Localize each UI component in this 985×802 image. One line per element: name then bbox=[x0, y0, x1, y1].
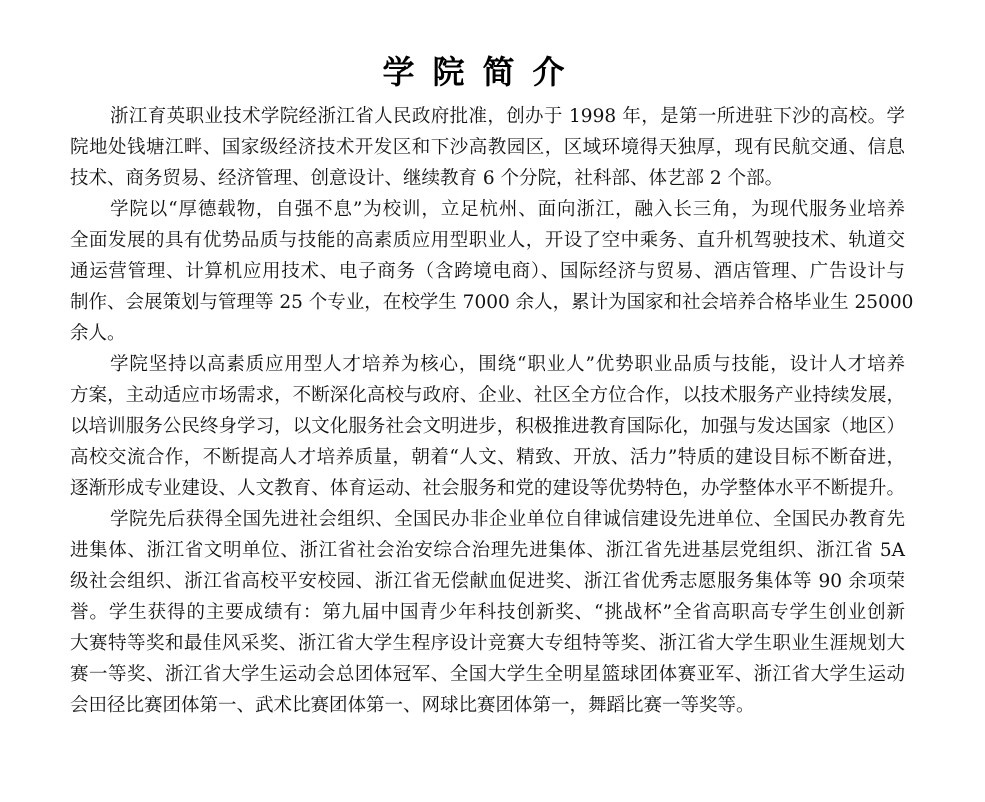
text-line: 学院先后获得全国先进社会组织、全国民办非企业单位自律诚信建设先进单位、全国民办教… bbox=[70, 504, 905, 535]
text-line: 方案，主动适应市场需求，不断深化高校与政府、企业、社区全方位合作，以技术服务产业… bbox=[70, 380, 905, 411]
text-line: 院地处钱塘江畔、国家级经济技术开发区和下沙高教园区，区域环境得天独厚，现有民航交… bbox=[70, 132, 905, 163]
text-line: 大赛特等奖和最佳风采奖、浙江省大学生程序设计竞赛大专组特等奖、浙江省大学生职业生… bbox=[70, 628, 905, 659]
text-line: 会田径比赛团体第一、武术比赛团体第一、网球比赛团体第一，舞蹈比赛一等奖等。 bbox=[70, 690, 905, 721]
text-line: 浙江育英职业技术学院经浙江省人民政府批准，创办于 1998 年，是第一所进驻下沙… bbox=[70, 101, 905, 132]
text-line: 学院坚持以高素质应用型人才培养为核心，围绕“职业人”优势职业品质与技能，设计人才… bbox=[70, 349, 905, 380]
text-line: 高校交流合作，不断提高人才培养质量，朝着“人文、精致、开放、活力”特质的建设目标… bbox=[70, 442, 905, 473]
paragraph-3: 学院坚持以高素质应用型人才培养为核心，围绕“职业人”优势职业品质与技能，设计人才… bbox=[70, 349, 905, 504]
paragraph-1: 浙江育英职业技术学院经浙江省人民政府批准，创办于 1998 年，是第一所进驻下沙… bbox=[70, 101, 905, 194]
page-title: 学院简介 bbox=[0, 50, 965, 94]
text-line: 制作、会展策划与管理等 25 个专业，在校学生 7000 余人，累计为国家和社会… bbox=[70, 287, 905, 318]
text-line: 以培训服务公民终身学习，以文化服务社会文明进步，积极推进教育国际化，加强与发达国… bbox=[70, 411, 905, 442]
text-line: 技术、商务贸易、经济管理、创意设计、继续教育 6 个分院，社科部、体艺部 2 个… bbox=[70, 163, 905, 194]
text-line: 进集体、浙江省文明单位、浙江省社会治安综合治理先进集体、浙江省先进基层党组织、浙… bbox=[70, 535, 905, 566]
text-line: 逐渐形成专业建设、人文教育、体育运动、社会服务和党的建设等优势特色，办学整体水平… bbox=[70, 473, 905, 504]
document-body: 浙江育英职业技术学院经浙江省人民政府批准，创办于 1998 年，是第一所进驻下沙… bbox=[70, 101, 905, 721]
text-line: 级社会组织、浙江省高校平安校园、浙江省无偿献血促进奖、浙江省优秀志愿服务集体等 … bbox=[70, 566, 905, 597]
text-line: 学院以“厚德载物，自强不息”为校训，立足杭州、面向浙江，融入长三角，为现代服务业… bbox=[70, 194, 905, 225]
paragraph-2: 学院以“厚德载物，自强不息”为校训，立足杭州、面向浙江，融入长三角，为现代服务业… bbox=[70, 194, 905, 349]
text-line: 誉。学生获得的主要成绩有：第九届中国青少年科技创新奖、“挑战杯”全省高职高专学生… bbox=[70, 597, 905, 628]
text-line: 余人。 bbox=[70, 318, 905, 349]
text-line: 赛一等奖、浙江省大学生运动会总团体冠军、全国大学生全明星篮球团体赛亚军、浙江省大… bbox=[70, 659, 905, 690]
paragraph-4: 学院先后获得全国先进社会组织、全国民办非企业单位自律诚信建设先进单位、全国民办教… bbox=[70, 504, 905, 721]
text-line: 通运营管理、计算机应用技术、电子商务（含跨境电商）、国际经济与贸易、酒店管理、广… bbox=[70, 256, 905, 287]
text-line: 全面发展的具有优势品质与技能的高素质应用型职业人，开设了空中乘务、直升机驾驶技术… bbox=[70, 225, 905, 256]
